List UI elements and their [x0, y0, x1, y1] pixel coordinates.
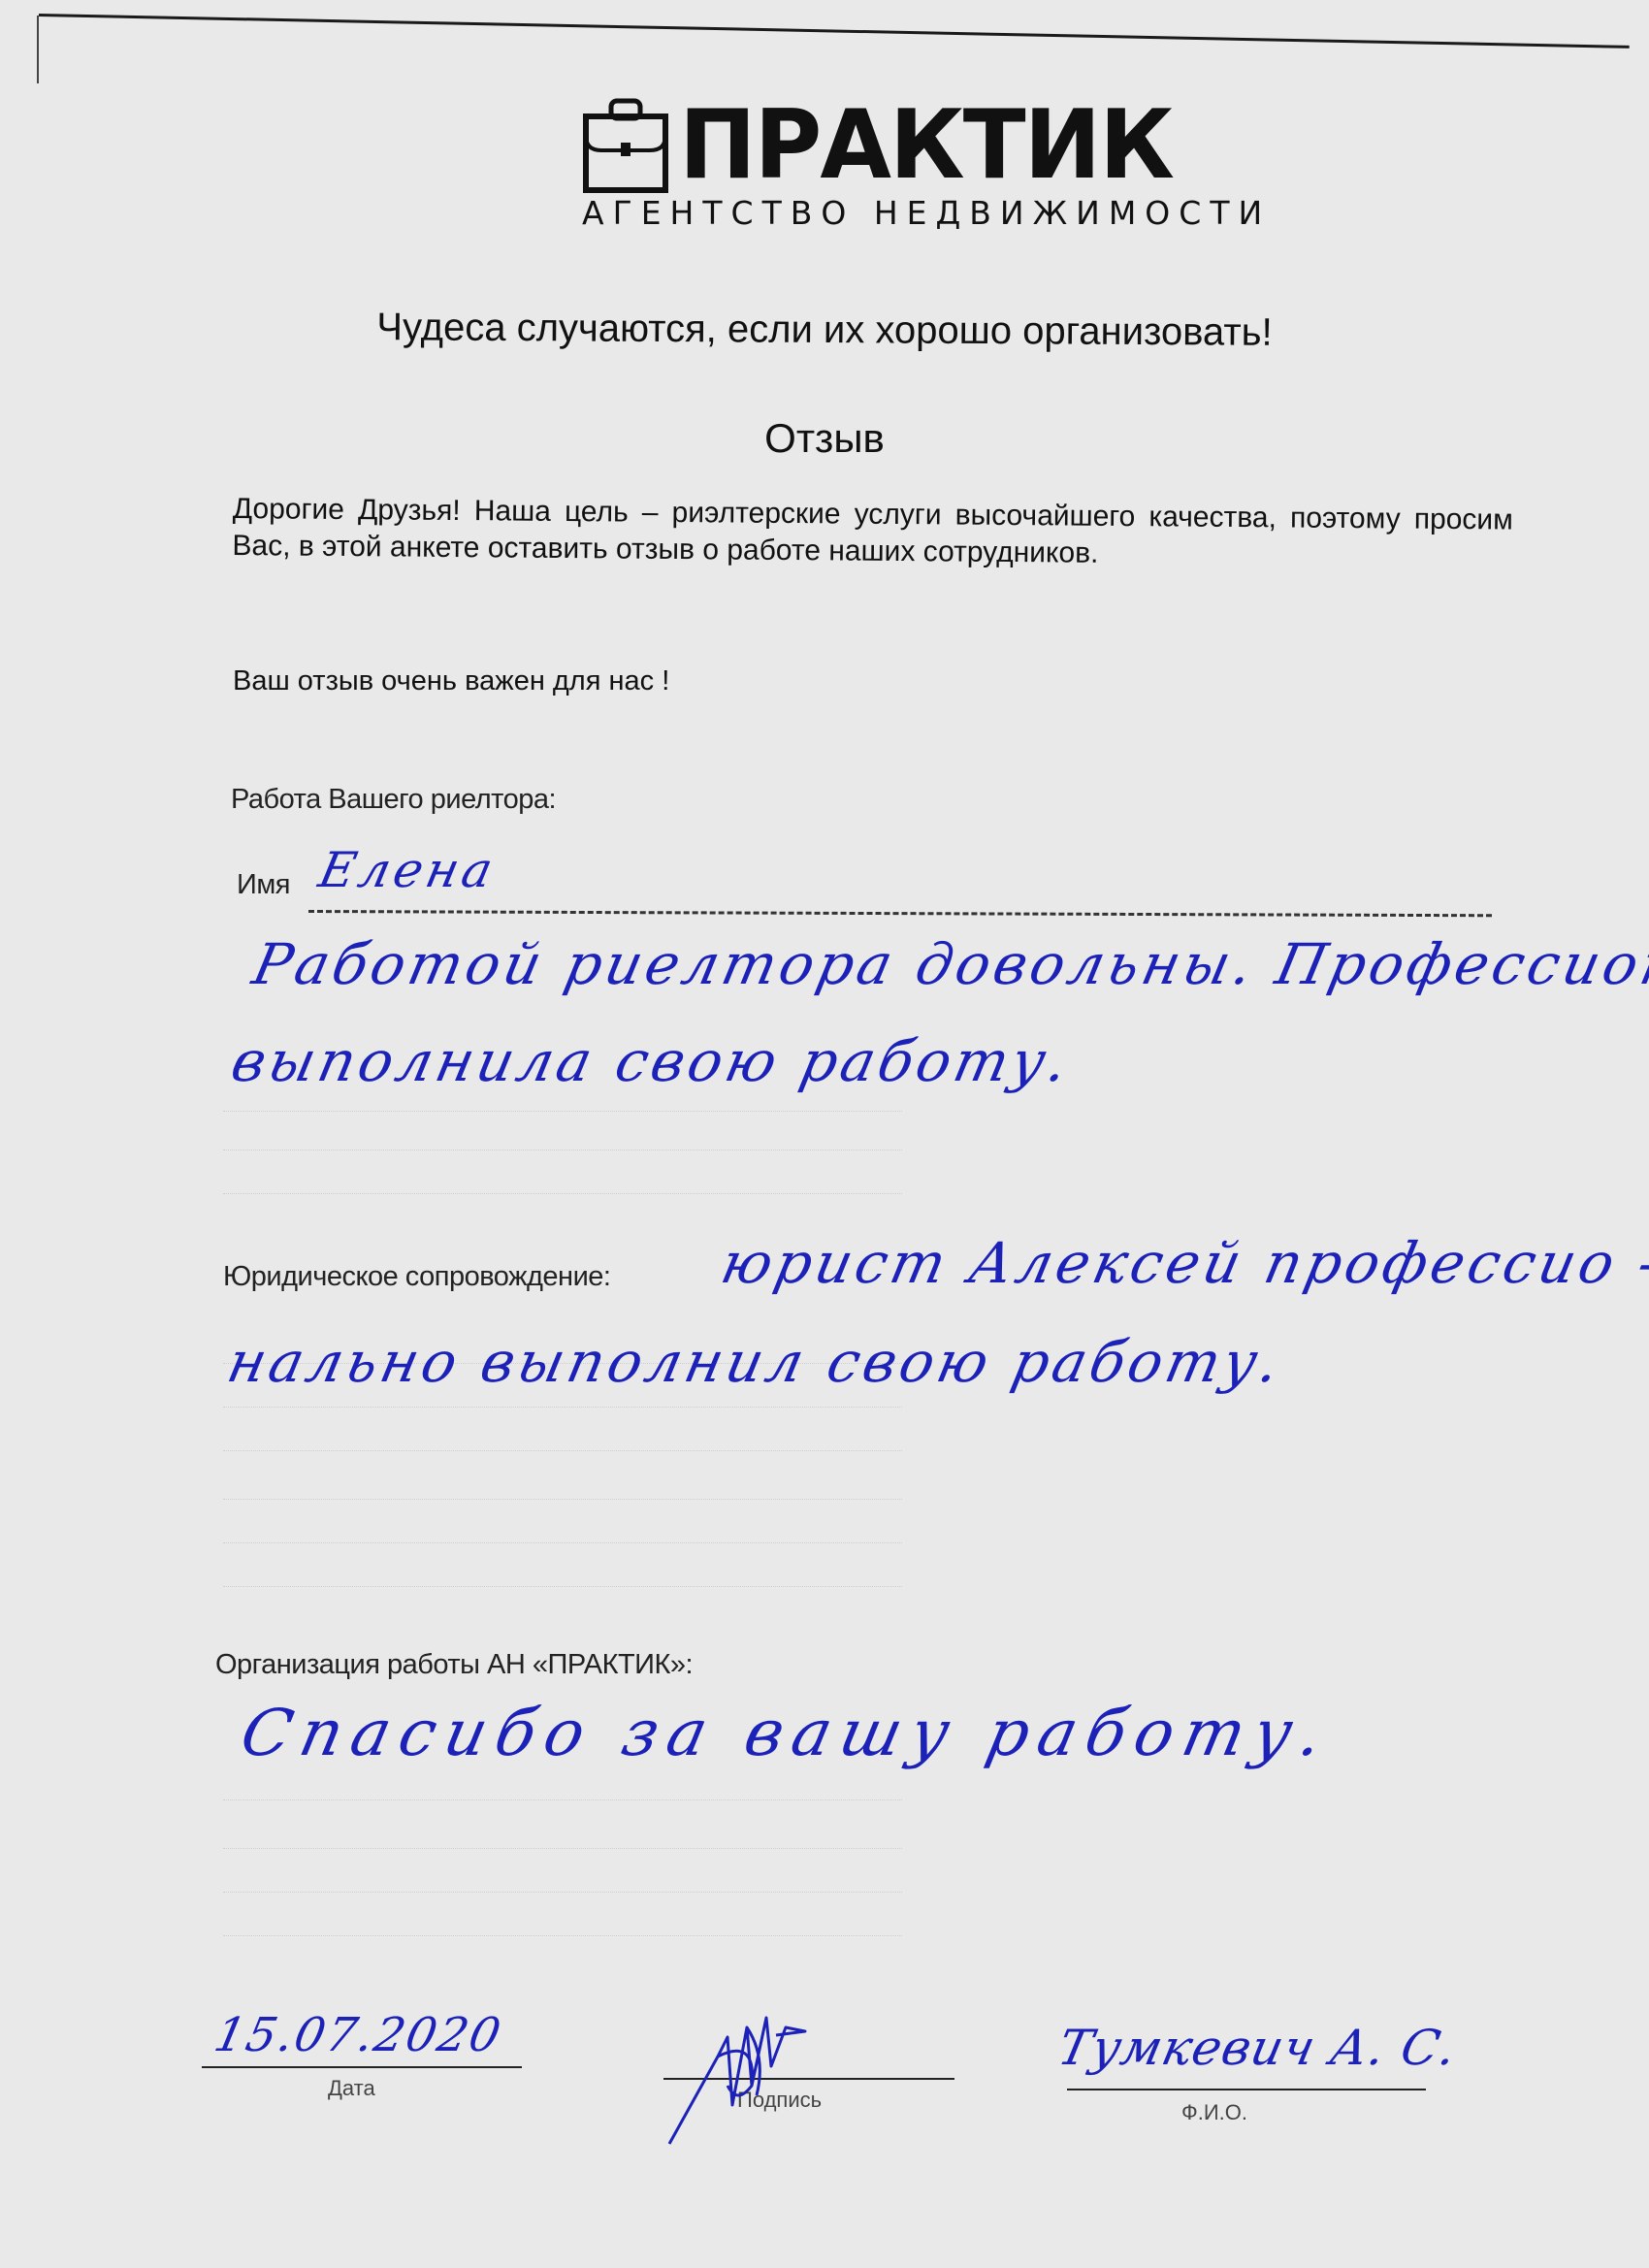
- fio-label: Ф.И.О.: [1181, 2100, 1247, 2125]
- scan-edge-line: [39, 14, 1630, 49]
- briefcase-icon: [582, 97, 669, 194]
- realtor-comment-line-1: Работой риелтора довольны. Профессиональ…: [247, 931, 1649, 997]
- intro-text: Дорогие Друзья! Наша цель – риэлтерские …: [232, 491, 1513, 576]
- realtor-name-line: [308, 910, 1492, 917]
- legal-comment-line-2: нально выполнил свою работу.: [222, 1329, 1289, 1395]
- date-line: [202, 2066, 522, 2068]
- date-value: 15.07.2020: [210, 2008, 507, 2062]
- realtor-name-label: Имя: [237, 869, 290, 901]
- scan-edge-shadow: [37, 16, 39, 83]
- company-logo: ПРАКТИК АГЕНТСТВО НЕДВИЖИМОСТИ: [582, 97, 1183, 243]
- page-title: Отзыв: [0, 415, 1649, 462]
- organization-section-label: Организация работы АН «ПРАКТИК»:: [215, 1649, 693, 1681]
- emphasis-text: Ваш отзыв очень важен для нас !: [233, 665, 669, 697]
- brand-name: ПРАКТИК: [679, 97, 1173, 194]
- slogan: Чудеса случаются, если их хорошо организ…: [0, 304, 1649, 357]
- fio-value: Тумкевич А. С.: [1053, 2020, 1463, 2076]
- realtor-section-label: Работа Вашего риелтора:: [231, 784, 556, 816]
- organization-comment-line-1: Спасибо за вашу работу.: [235, 1696, 1340, 1770]
- brand-subtitle: АГЕНТСТВО НЕДВИЖИМОСТИ: [582, 194, 1183, 232]
- realtor-name-value: Елена: [314, 842, 501, 898]
- fio-line: [1067, 2089, 1426, 2090]
- date-label: Дата: [328, 2076, 375, 2101]
- legal-section-label: Юридическое сопровождение:: [223, 1261, 610, 1293]
- legal-comment-line-1: юрист Алексей профессио -: [716, 1230, 1649, 1296]
- realtor-comment-line-2: выполнила свою работу.: [226, 1028, 1078, 1094]
